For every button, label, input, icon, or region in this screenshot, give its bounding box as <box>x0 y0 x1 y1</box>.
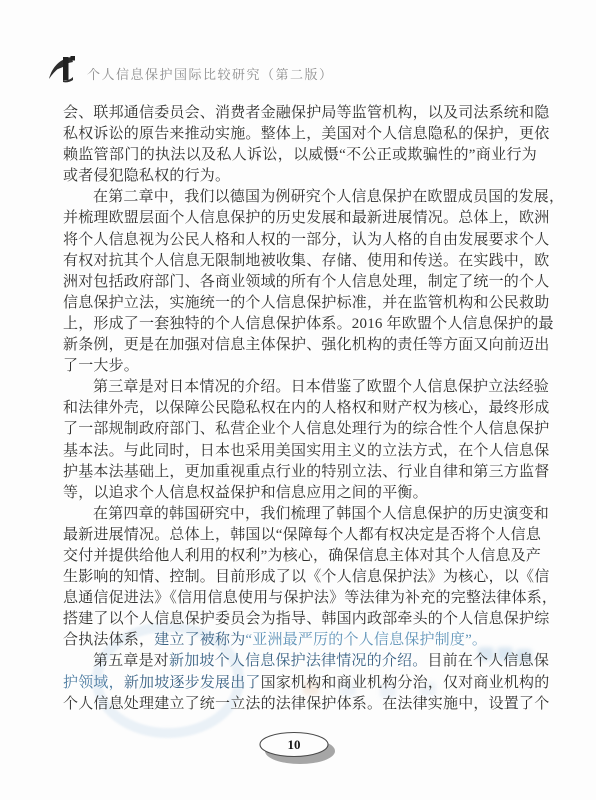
text-line: 私权诉讼的原告来推动实施。整体上，美国对个人信息隐私的保护，更依 <box>63 124 537 145</box>
text-line: 息通信促进法》《信用信息使用与保护法》等法律为补充的完整法律体系， <box>63 588 537 609</box>
text-line: 了一大步。 <box>63 356 537 377</box>
text-run: 私权诉讼的原告来推动实施。整体上，美国对个人信息隐私的保护，更依 <box>63 126 549 142</box>
text-run: 信息保护立法，实施统一的个人信息保护标准，并在监管机构和公民救助 <box>63 295 549 311</box>
text-run: 息通信促进法》《信用信息使用与保护法》等法律为补充的完整法律体系， <box>63 590 557 606</box>
text-line: 生影响的知情、控制。目前形成了以《个人信息保护法》为核心，以《信 <box>63 567 537 588</box>
text-line: 并梳理欧盟层面个人信息保护的历史发展和最新进展情况。总体上，欧洲 <box>63 208 537 229</box>
publisher-logo-icon <box>46 54 78 86</box>
text-run: 会、联邦通信委员会、消费者金融保护局等监管机构，以及司法系统和隐 <box>63 105 549 121</box>
text-line: 搭建了以个人信息保护委员会为指导、韩国内政部牵头的个人信息保护综 <box>63 609 537 630</box>
text-line: 信息保护立法，实施统一的个人信息保护标准，并在监管机构和公民救助 <box>63 293 537 314</box>
text-line: 护领域，新加坡逐步发展出了国家机构和商业机构分治，仅对商业机构的 <box>63 673 537 694</box>
text-run: 个人信息处理建立了统一立法的法律保护体系。在法律实施中，设置了个 <box>63 696 549 712</box>
text-line: 交付并提供给他人利用的权利”为核心，确保信息主体对其个人信息及产 <box>63 546 537 567</box>
text-run: 和法律外壳，以保障公民隐私权在内的人格权和财产权为核心，最终形成 <box>63 400 549 416</box>
text-run: 新条例，更是在加强对信息主体保护、强化机构的责任等方面又向前迈出 <box>63 337 549 353</box>
text-run: 合执法体系， <box>63 632 154 648</box>
text-line: 了一部规制政府部门、私营企业个人信息处理行为的综合性个人信息保护 <box>63 419 537 440</box>
book-page: 个人信息保护国际比较研究（第二版） 会、联邦通信委员会、消费者金融保护局等监管机… <box>0 0 596 800</box>
page-number: 10 <box>288 737 301 752</box>
text-run: 国家机构和商业机构分治， <box>261 675 443 691</box>
text-line: 上，形成了一套独特的个人信息保护体系。2016 年欧盟个人信息保护的最 <box>63 314 537 335</box>
text-line: 在第二章中，我们以德国为例研究个人信息保护在欧盟成员国的发展， <box>63 187 537 208</box>
text-run: 基本法。与此同时，日本也采用美国实用主义的立法方式，在个人信息保 <box>63 443 549 459</box>
text-line: 最新进展情况。总体上，韩国以“保障每个人都有权决定是否将个人信息 <box>63 525 537 546</box>
text-line: 将个人信息视为公民人格和人权的一部分，认为人格的自由发展要求个人 <box>63 230 537 251</box>
text-line: 会、联邦通信委员会、消费者金融保护局等监管机构，以及司法系统和隐 <box>63 103 537 124</box>
text-run: 在第四章的韩国研究中，我们梳理了韩国个人信息保护的历史演变和 <box>93 506 549 522</box>
text-run: 目前在个人信息保 <box>427 653 549 669</box>
text-run: 最新进展情况。总体上，韩国以“保障每个人都有权决定是否将个人信息 <box>63 527 541 543</box>
text-line: 护基本法基础上，更加重视重点行业的特别立法、行业自律和第三方监督 <box>63 462 537 483</box>
text-run: 或者侵犯隐私权的行为。 <box>63 168 230 184</box>
text-run: 搭建了以个人信息保护委员会为指导、韩国内政部牵头的个人信息保护综 <box>63 611 549 627</box>
text-run: 第五章是对 <box>93 653 169 669</box>
text-run: 了一大步。 <box>63 358 139 374</box>
text-line: 赖监管部门的执法以及私人诉讼，以威慑“不公正或欺骗性的”商业行为 <box>63 145 537 166</box>
text-run: 新加坡逐步发展出了 <box>124 675 261 691</box>
book-title: 个人信息保护国际比较研究（第二版） <box>87 58 334 83</box>
text-run: 洲对包括政府部门、各商业领域的所有个人信息处理，制定了统一的个人 <box>63 274 549 290</box>
text-run: 交付并提供给他人利用的权利”为核心，确保信息主体对其个人信息及产 <box>63 548 541 564</box>
text-run: 在第二章中，我们以德国为例研究个人信息保护在欧盟成员国的发展， <box>93 189 564 205</box>
text-line: 等，以追求个人信息权益保护和信息应用之间的平衡。 <box>63 483 537 504</box>
text-line: 个人信息处理建立了统一立法的法律保护体系。在法律实施中，设置了个 <box>63 694 537 715</box>
text-run: 生影响的知情、控制。目前形成了以《个人信息保护法》为核心，以《信 <box>63 569 549 585</box>
text-line: 第三章是对日本情况的介绍。日本借鉴了欧盟个人信息保护立法经验 <box>63 377 537 398</box>
text-run: 新加坡个人信息保护法律情况的介绍。 <box>169 653 427 669</box>
text-run: 仅对商业机构的 <box>443 675 549 691</box>
text-line: 基本法。与此同时，日本也采用美国实用主义的立法方式，在个人信息保 <box>63 441 537 462</box>
text-run: 第三章是对日本情况的介绍。日本借鉴了欧盟个人信息保护立法经验 <box>93 379 549 395</box>
text-run: 护基本法基础上，更加重视重点行业的特别立法、行业自律和第三方监督 <box>63 464 549 480</box>
text-run: 赖监管部门的执法以及私人诉讼，以威慑“不公正或欺骗性的”商业行为 <box>63 147 537 163</box>
text-line: 和法律外壳，以保障公民隐私权在内的人格权和财产权为核心，最终形成 <box>63 398 537 419</box>
text-run: 护领域， <box>63 675 124 691</box>
text-line: 洲对包括政府部门、各商业领域的所有个人信息处理，制定了统一的个人 <box>63 272 537 293</box>
text-line: 在第四章的韩国研究中，我们梳理了韩国个人信息保护的历史演变和 <box>63 504 537 525</box>
text-line: 合执法体系，建立了被称为“亚洲最严厉的个人信息保护制度”。 <box>63 630 537 651</box>
text-run: 建立了被称为 <box>154 632 245 648</box>
text-run: 等，以追求个人信息权益保护和信息应用之间的平衡。 <box>63 485 428 501</box>
running-head: 个人信息保护国际比较研究（第二版） <box>46 54 334 86</box>
body-text: 会、联邦通信委员会、消费者金融保护局等监管机构，以及司法系统和隐私权诉讼的原告来… <box>63 103 537 715</box>
text-line: 或者侵犯隐私权的行为。 <box>63 166 537 187</box>
text-line: 有权对抗其个人信息无限制地被收集、存储、使用和传送。在实践中，欧 <box>63 251 537 272</box>
text-run: 有权对抗其个人信息无限制地被收集、存储、使用和传送。在实践中，欧 <box>63 253 549 269</box>
text-line: 新条例，更是在加强对信息主体保护、强化机构的责任等方面又向前迈出 <box>63 335 537 356</box>
text-run: “亚洲最严厉的个人信息保护制度”。 <box>245 632 487 648</box>
text-run: 并梳理欧盟层面个人信息保护的历史发展和最新进展情况。总体上，欧洲 <box>63 210 549 226</box>
text-run: 将个人信息视为公民人格和人权的一部分，认为人格的自由发展要求个人 <box>63 232 549 248</box>
text-line: 第五章是对新加坡个人信息保护法律情况的介绍。目前在个人信息保 <box>63 651 537 672</box>
text-run: 了一部规制政府部门、私营企业个人信息处理行为的综合性个人信息保护 <box>63 421 549 437</box>
page-number-ornament: 10 <box>258 730 338 768</box>
text-run: 上，形成了一套独特的个人信息保护体系。2016 年欧盟个人信息保护的最 <box>63 316 554 332</box>
